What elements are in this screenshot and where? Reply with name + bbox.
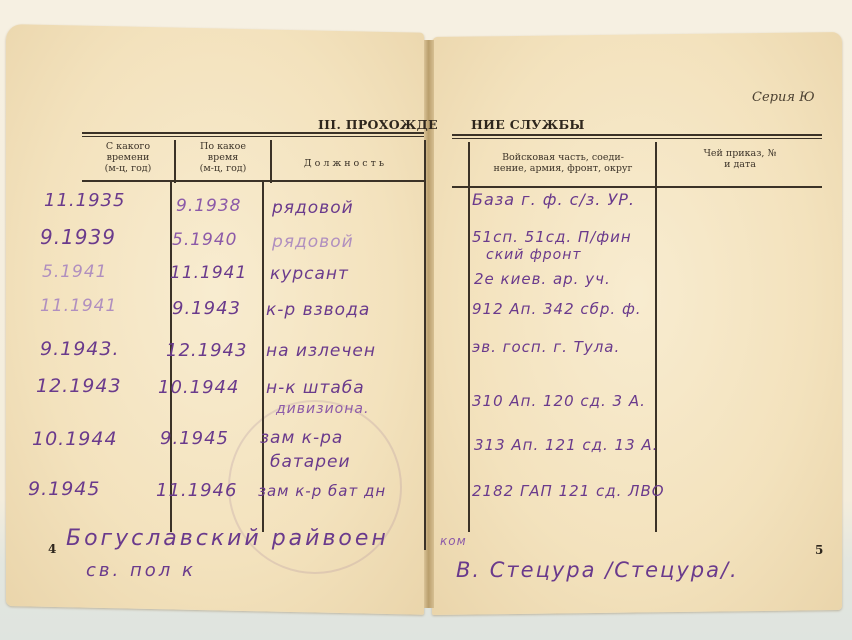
table-header-bottom-rule-right: [452, 186, 822, 188]
row-8-unit: 2182 ГАП 121 сд. ЛВО: [472, 482, 665, 500]
header-from: С какого времени (м-ц, год): [84, 141, 172, 174]
header-to: По какое время (м-ц, год): [178, 141, 268, 174]
section-title-right: НИЕ СЛУЖБЫ: [471, 117, 585, 132]
table-top-rule-left-thin: [82, 136, 424, 137]
row-6-position-cont: дивизиона.: [276, 401, 369, 417]
page-number-left: 4: [48, 542, 56, 556]
signature: В. Стецура /Стецура/.: [456, 558, 739, 582]
header-position: Д о л ж н о с т ь: [274, 158, 414, 169]
row-5-position: на излечен: [266, 341, 376, 361]
row-4-from: 11.1941: [40, 296, 117, 316]
row-7-to: 9.1945: [160, 428, 229, 449]
row-1-to: 9.1938: [176, 196, 241, 216]
page-number-right: 5: [815, 543, 823, 557]
header-order: Чей приказ, № и дата: [660, 148, 820, 170]
header-from-line3: (м-ц, год): [84, 163, 172, 174]
row-7-unit: 313 Ап. 121 сд. 13 А.: [474, 436, 658, 454]
section-title-left: III. ПРОХОЖДЕ: [318, 117, 438, 132]
header-order-line1: Чей приказ, №: [660, 148, 820, 159]
footer-left-line1: Богуславский райвоен: [66, 526, 389, 551]
col-divider-1-header: [174, 140, 176, 183]
row-3-to: 11.1941: [170, 263, 247, 283]
col-divider-2: [262, 182, 264, 532]
col-divider-5: [655, 142, 657, 532]
row-4-to: 9.1943: [172, 298, 241, 319]
row-8-to: 11.1946: [156, 480, 237, 501]
row-6-position: н-к штаба: [266, 378, 365, 398]
series-label: Серия Ю: [752, 90, 815, 105]
footer-right-prefix: ком: [440, 534, 467, 548]
table-top-rule-right-thin: [452, 138, 822, 139]
row-5-unit: эв. госп. г. Тула.: [472, 338, 620, 356]
header-order-line2: и дата: [660, 159, 820, 170]
row-4-unit: 912 Ап. 342 сбр. ф.: [472, 300, 642, 318]
row-7-from: 10.1944: [32, 428, 118, 450]
header-to-line1: По какое: [178, 141, 268, 152]
row-3-from: 5.1941: [42, 262, 107, 282]
row-8-from: 9.1945: [28, 478, 100, 500]
col-divider-2-header: [270, 140, 272, 183]
row-2-unit: 51сп. 51сд. П/фин: [472, 228, 632, 246]
row-3-position: курсант: [270, 264, 349, 284]
row-1-position: рядовой: [272, 198, 354, 218]
col-divider-4: [468, 142, 470, 532]
row-3-unit: 2е киев. ар. уч.: [474, 270, 611, 288]
header-unit-line1: Войсковая часть, соеди-: [472, 152, 654, 163]
row-8-position: зам к-р бат дн: [258, 482, 386, 500]
row-4-position: к-р взвода: [266, 300, 370, 320]
row-7-position-cont: батареи: [270, 452, 351, 472]
row-5-from: 9.1943.: [40, 338, 120, 360]
table-header-bottom-rule-left: [82, 180, 424, 182]
header-to-line3: (м-ц, год): [178, 163, 268, 174]
header-unit: Войсковая часть, соеди- нение, армия, фр…: [472, 152, 654, 174]
row-1-from: 11.1935: [44, 190, 125, 211]
row-1-unit: База г. ф. с/з. УР.: [472, 190, 635, 209]
row-2-from: 9.1939: [40, 225, 116, 249]
row-2-unit-cont: ский фронт: [486, 247, 582, 263]
footer-left-line2: св. пол к: [86, 560, 196, 581]
row-6-unit: 310 Ап. 120 сд. 3 А.: [472, 392, 646, 410]
table-top-rule-right: [452, 134, 822, 136]
col-divider-3: [424, 140, 426, 550]
row-7-position: зам к-ра: [260, 428, 343, 448]
row-2-to: 5.1940: [172, 230, 237, 250]
header-unit-line2: нение, армия, фронт, округ: [472, 163, 654, 174]
header-from-line1: С какого: [84, 141, 172, 152]
row-5-to: 12.1943: [166, 340, 247, 361]
row-2-position: рядовой: [272, 232, 354, 252]
row-6-to: 10.1944: [158, 377, 239, 398]
table-top-rule-left: [82, 132, 424, 134]
header-to-line2: время: [178, 152, 268, 163]
row-6-from: 12.1943: [36, 375, 122, 397]
header-from-line2: времени: [84, 152, 172, 163]
